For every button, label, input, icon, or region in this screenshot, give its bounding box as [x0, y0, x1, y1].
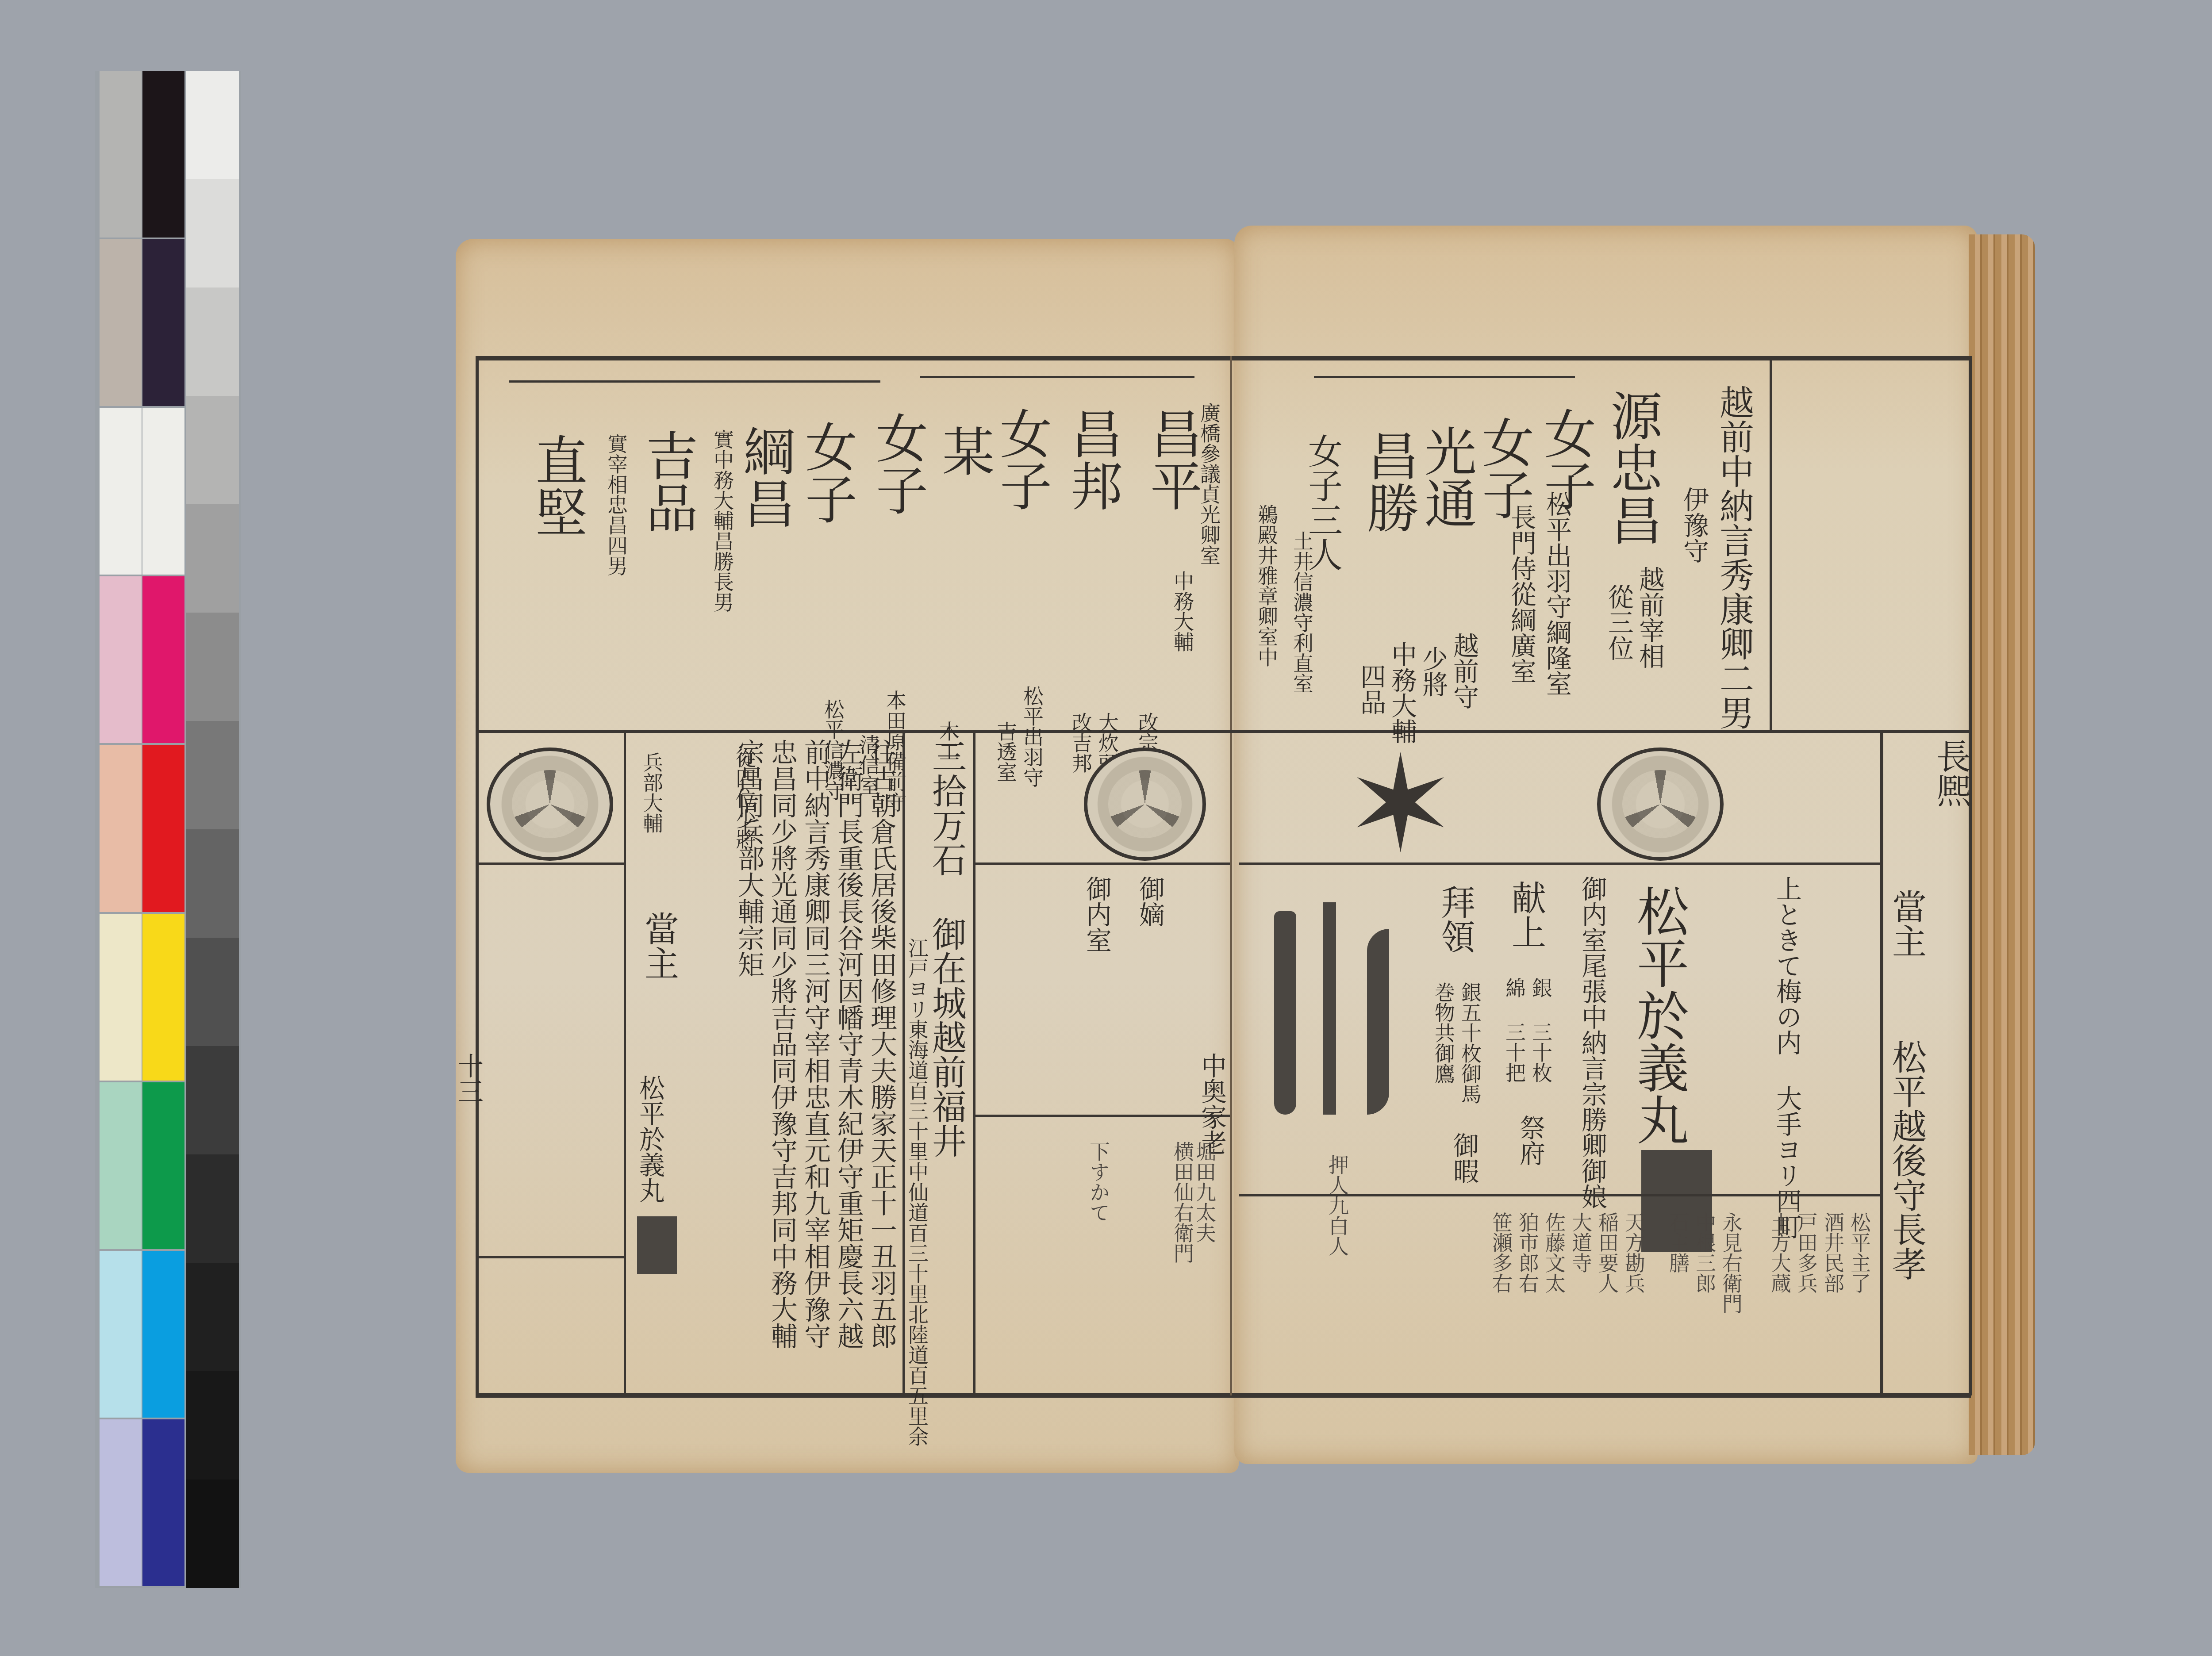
- receipt-item-1: 銀五十枚御馬: [1460, 982, 1480, 1104]
- color-patch: [142, 1251, 184, 1418]
- child-3-name: 光通: [1420, 425, 1472, 529]
- residence-location: 上ときて梅の内 大手ヨリ四町: [1774, 876, 1800, 1239]
- offering-item-2: 綿 三十把: [1504, 977, 1525, 1083]
- procession-regalia-illustration: [1256, 885, 1416, 1132]
- lp-child-4: 某: [938, 425, 990, 477]
- color-patch: [100, 239, 142, 406]
- color-patch: [100, 1419, 142, 1586]
- spear-icon: [1274, 911, 1296, 1115]
- lp-child-1: 昌平: [1146, 407, 1198, 511]
- color-patch: [100, 914, 142, 1081]
- color-patch: [142, 745, 184, 912]
- retainers-rule: [1239, 1194, 1880, 1196]
- color-patch: [142, 408, 184, 575]
- offerings-label: 献上: [1509, 880, 1543, 949]
- retainer: 横田仙右衛門: [1172, 1141, 1193, 1263]
- lp-child-7: 綱昌: [739, 425, 791, 529]
- child-4-rank: 四品: [1358, 663, 1384, 715]
- color-patch: [142, 1419, 184, 1586]
- heir-name: 松平於義丸: [1632, 885, 1685, 1146]
- child-3-note: 越前守: [1451, 632, 1477, 709]
- header-title: 伊豫守: [1681, 487, 1707, 563]
- retainer: 中根三郎: [1694, 1212, 1715, 1293]
- stipend-cell-rule: [973, 862, 1230, 865]
- seal-stamp: [637, 1216, 677, 1274]
- retainer: 笹瀬多右: [1491, 1212, 1511, 1293]
- gray-step: [186, 1480, 239, 1588]
- procession-note: 押人九白人: [1327, 1154, 1348, 1256]
- color-patch: [142, 239, 184, 406]
- retainer: 土方大蔵: [1770, 1212, 1790, 1293]
- header-text: 越前中納言秀康卿二男: [1717, 385, 1751, 730]
- retainer: 酒井民部: [1823, 1212, 1843, 1293]
- retainer: 天方勘兵: [1624, 1212, 1644, 1293]
- left-bracket-2: [509, 380, 880, 383]
- aoi-crest-icon: [1084, 747, 1206, 861]
- color-patch: [100, 71, 142, 238]
- receipts-label: 拜領: [1438, 885, 1472, 954]
- lower-left-divider: [624, 730, 626, 1393]
- top-frame-rule: [476, 356, 1971, 360]
- child-4-name: 昌勝: [1363, 429, 1415, 533]
- lp-child-9: 直堅: [531, 433, 583, 538]
- gray-step: [186, 1154, 239, 1263]
- retainer: 狛市郎右: [1517, 1212, 1538, 1293]
- gray-step: [186, 71, 239, 179]
- child-1-note: 松平出羽守綱隆室: [1544, 491, 1570, 696]
- color-patch: [142, 576, 184, 743]
- star-crest-icon: ✶: [1345, 739, 1456, 871]
- lp-child-7-note: 實中務大輔昌勝長男: [712, 429, 733, 612]
- color-calibration-strip: [95, 71, 241, 1588]
- lp-child-5: 女子: [872, 411, 924, 516]
- right-frame-rule: [1969, 356, 1972, 1395]
- aoi-crest-icon: [1597, 747, 1724, 861]
- left-frame-rule: [476, 356, 479, 1395]
- lp-child-3-note2: 吉透室: [995, 721, 1016, 782]
- bottom-frame-rule: [476, 1393, 1971, 1398]
- halberd-icon: [1323, 902, 1336, 1115]
- stipend-cell-rule-2: [973, 1115, 1230, 1117]
- gray-step: [186, 613, 239, 721]
- color-patch: [142, 914, 184, 1081]
- gray-step: [186, 1046, 239, 1154]
- right-lower-divider: [1880, 730, 1883, 1393]
- current-lord-label: 當主: [1889, 889, 1924, 958]
- wife-label: 御内室: [1084, 876, 1110, 953]
- side-note: 鵜殿井雅章卿室中: [1256, 504, 1277, 667]
- crest-cell-rule: [478, 862, 624, 865]
- lower-history-divider: [902, 730, 905, 1393]
- retainer: 戸田多兵: [1796, 1212, 1816, 1293]
- color-patch: [100, 745, 142, 912]
- offering-item-1: 銀 三十枚: [1531, 977, 1551, 1083]
- lord-rank: 從三位: [1606, 584, 1632, 661]
- wife-text: 御内室尾張中納言宗勝卿御娘: [1579, 876, 1605, 1209]
- offering-season: 祭府: [1517, 1115, 1543, 1166]
- retainer: 松平主了: [1849, 1212, 1870, 1293]
- lp-child-1-note: 中務大輔: [1172, 571, 1193, 652]
- side-label: 長熈: [1933, 739, 1968, 808]
- crest-cell-rule-2: [478, 1256, 624, 1258]
- lp-child-3: 女子: [995, 407, 1048, 511]
- page-number: 十三: [456, 1053, 481, 1104]
- stipend-text: 三拾万石 御在城越前福井: [929, 739, 964, 1158]
- current-lord-name: 松平越後守長孝: [1889, 1039, 1924, 1281]
- retainer: 稲田要人: [1597, 1212, 1617, 1293]
- open-book: 越前中納言秀康卿二男 伊豫守 源忠昌 越前宰相 從三位 女子 松平出羽守綱隆室 …: [447, 221, 2048, 1495]
- retainer: 佐藤文太: [1544, 1212, 1564, 1293]
- gray-step: [186, 504, 239, 613]
- naginata-icon: [1367, 929, 1389, 1115]
- lp-child-8: 吉品: [641, 429, 694, 533]
- lower-sub-rule: [1239, 862, 1880, 865]
- retainer: 大道寺: [1571, 1212, 1591, 1273]
- gray-step: [186, 721, 239, 829]
- receipt-item-2: 巻物共御鷹: [1433, 982, 1454, 1084]
- left-bracket: [920, 376, 1194, 378]
- current-lord-name: 松平於義丸: [637, 1075, 663, 1203]
- heir-label: 御嫡: [1137, 876, 1163, 927]
- genealogy-bracket: [1314, 376, 1575, 378]
- lower-stipend-divider: [973, 730, 975, 1393]
- lp-child-8-title: 兵部大輔: [641, 752, 662, 833]
- lord-name: 源忠昌: [1606, 389, 1658, 546]
- middle-rule: [476, 730, 1971, 733]
- retainer: 永見右衛門: [1721, 1212, 1741, 1314]
- lp-child-8-note: 實宰相忠昌四男: [606, 433, 626, 576]
- color-patch: [100, 1251, 142, 1418]
- lp-child-2: 昌邦: [1066, 407, 1118, 511]
- color-patch: [100, 1082, 142, 1249]
- child-3-rank: 少將: [1420, 646, 1446, 697]
- gray-step: [186, 938, 239, 1046]
- page-edges: [1969, 234, 2035, 1455]
- lp-child-2-note3: 改吉邦: [1071, 712, 1091, 773]
- header-divider: [1770, 356, 1772, 730]
- child-5-note: 土井信濃守利直室: [1292, 531, 1312, 694]
- color-patch: [100, 408, 142, 575]
- distance-text: 江戸ヨリ東海道百三十里中仙道百三十里北陸道百五里余: [907, 938, 927, 1446]
- aoi-crest-icon: [487, 747, 613, 861]
- color-patch: [142, 1082, 184, 1249]
- gray-step: [186, 1263, 239, 1371]
- color-patch: [100, 576, 142, 743]
- gray-step: [186, 829, 239, 938]
- gray-step: [186, 179, 239, 287]
- lp-child-6: 女子: [801, 420, 853, 525]
- current-lord-label: 當主: [641, 911, 676, 980]
- child-2-note: 長門侍從綱廣室: [1509, 504, 1534, 684]
- note-cell: 下すかて: [1088, 1141, 1109, 1223]
- gutter: [1230, 356, 1232, 1395]
- gray-step: [186, 1371, 239, 1480]
- lp-child-3-note: 松平出羽守: [1022, 686, 1042, 787]
- retainer: 石主膳: [1668, 1212, 1688, 1273]
- color-patch: [142, 71, 184, 238]
- receipt-extra: 御暇: [1451, 1132, 1477, 1184]
- chief-retainer-label: 中奥家老: [1199, 1053, 1225, 1155]
- lord-title: 越前宰相: [1637, 566, 1663, 669]
- domain-history: 往古朝倉氏居後柴田修理大夫勝家天正十一丑羽五郎左衛門長重後長谷河因幡守青木紀伊守…: [695, 739, 898, 1367]
- retainer: 堀田九太夫: [1194, 1141, 1215, 1243]
- gray-step: [186, 287, 239, 396]
- gray-step: [186, 396, 239, 504]
